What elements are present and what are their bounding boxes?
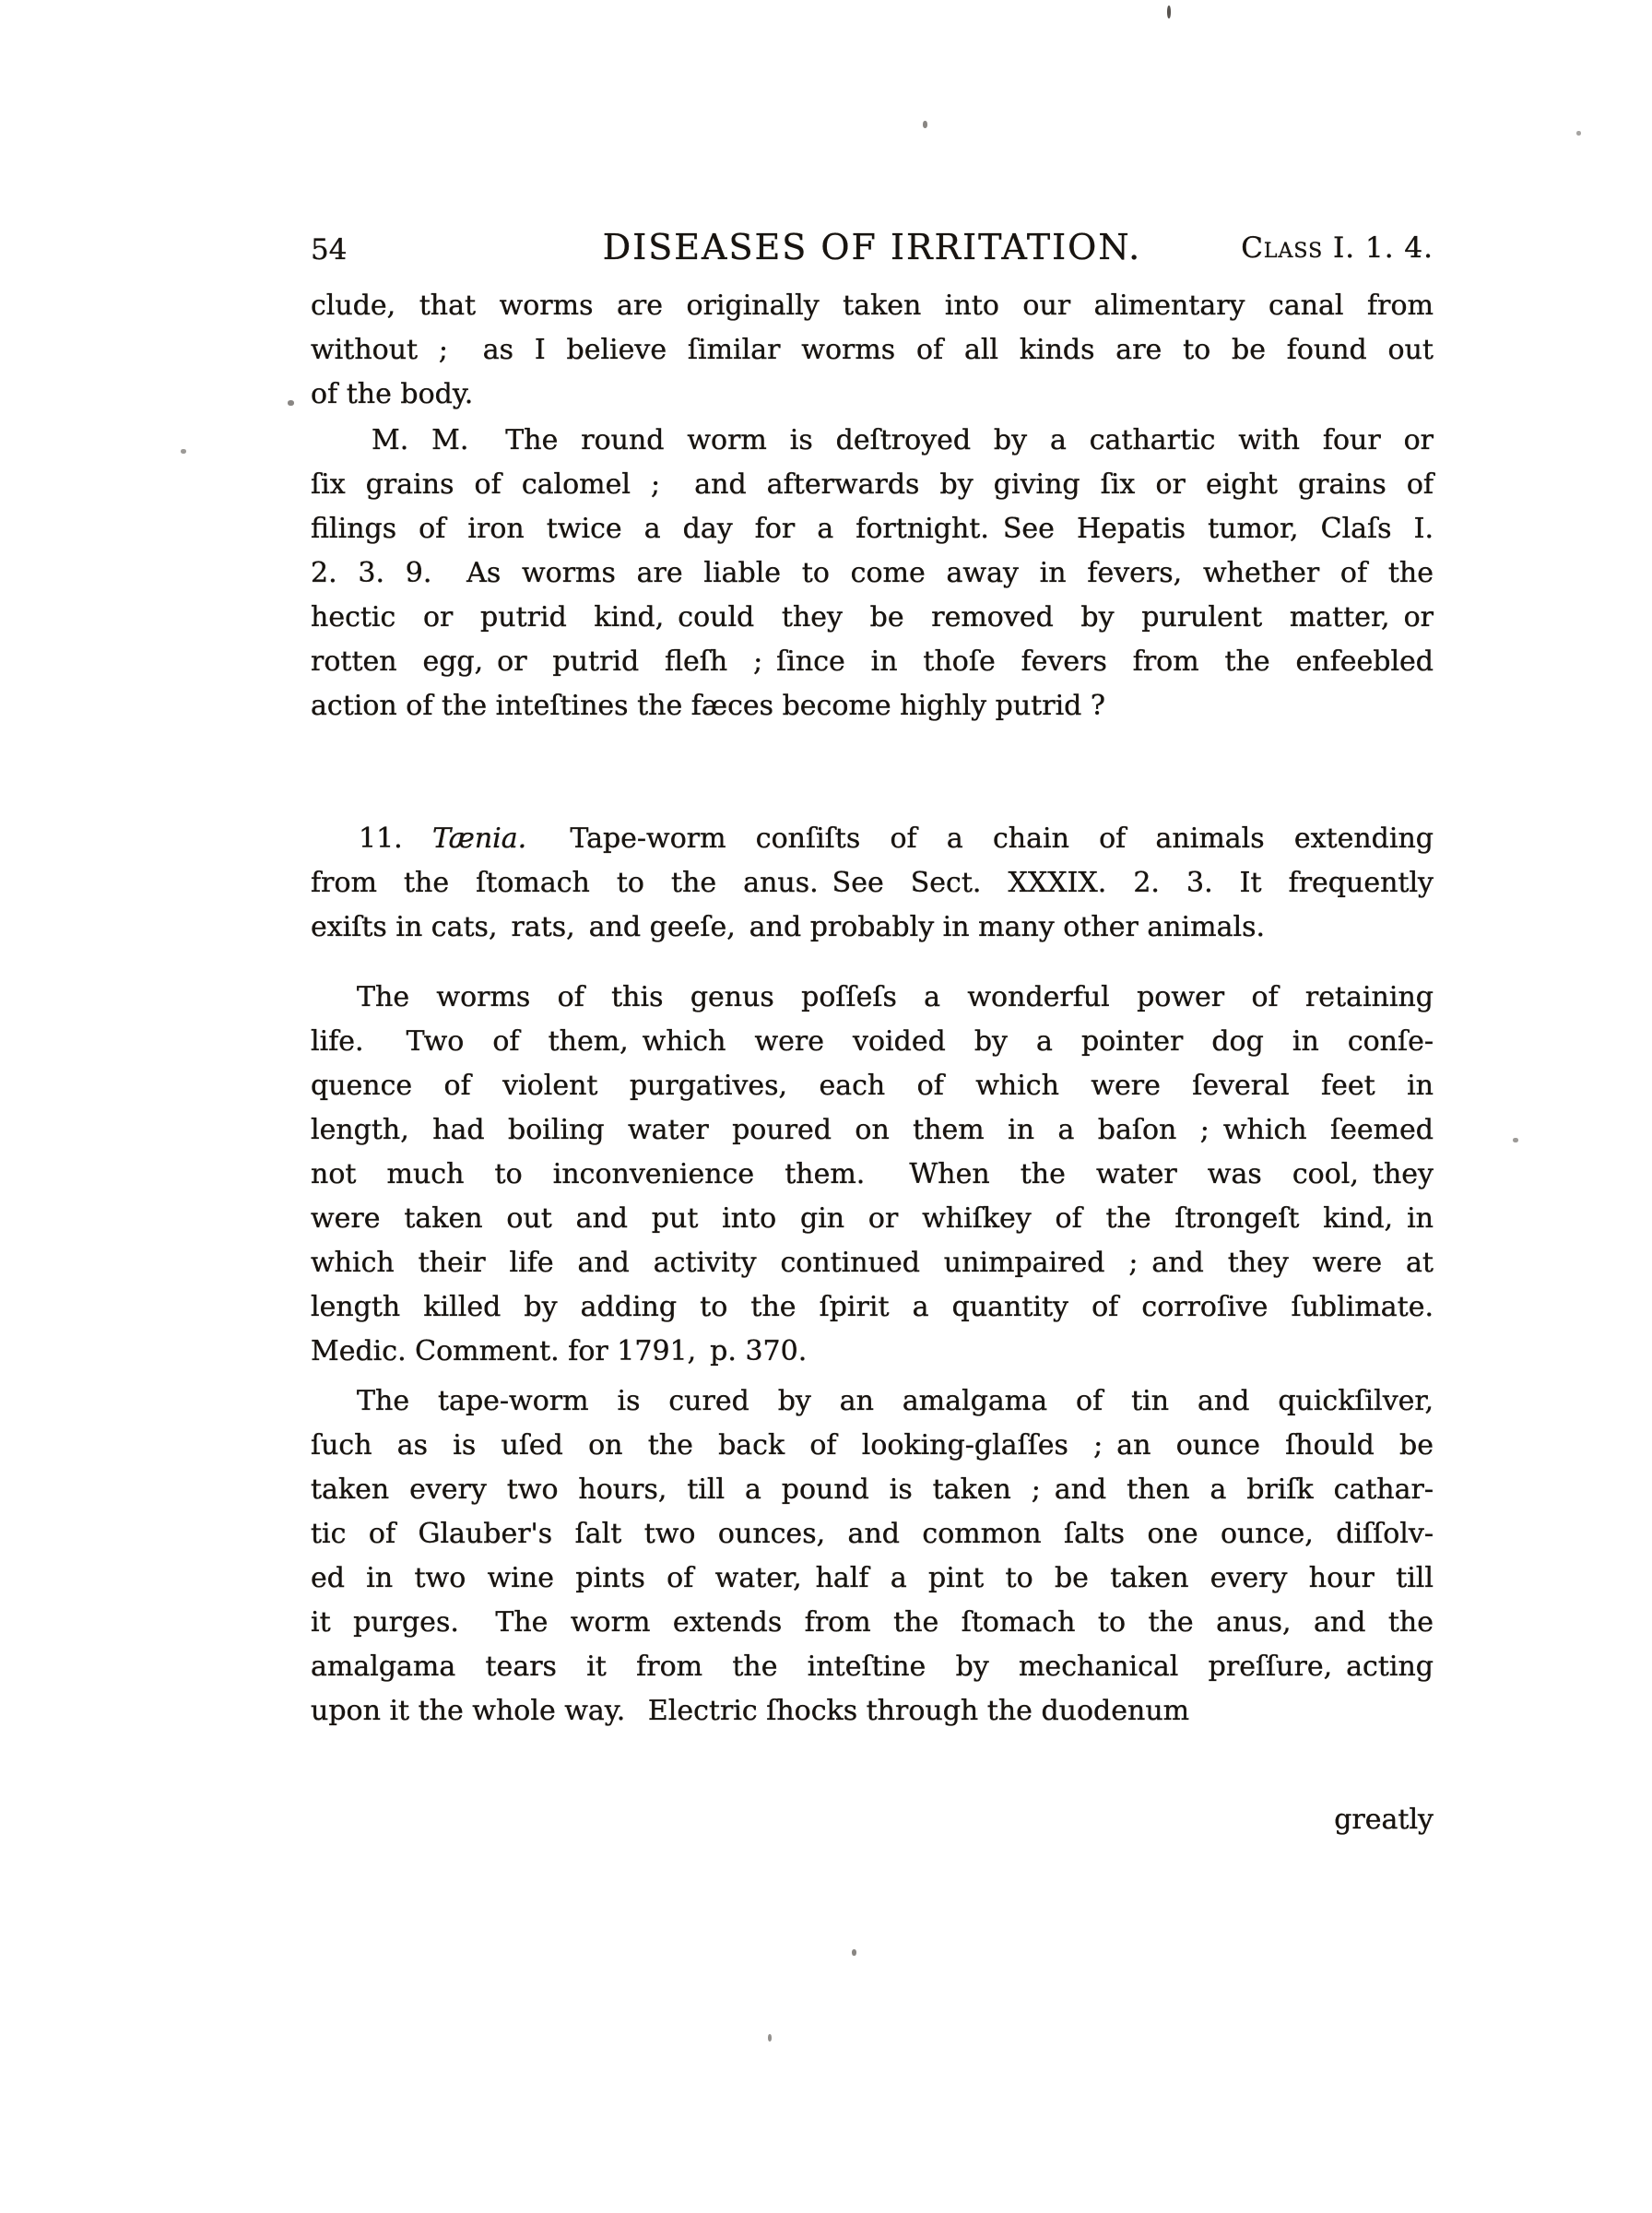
paragraphs-container: clude, that worms are originally taken i… [311,284,1434,1734]
scan-speck [923,121,927,128]
text-segment: 11. [359,822,432,855]
text-line: M. M. The round worm is deſtroyed by a c… [311,419,1434,463]
scan-speck [1513,1138,1518,1142]
text-line: The worms of this genus poſſeſs a wonder… [311,976,1434,1020]
catchword: greatly [311,1798,1434,1842]
class-reference: Class I. 1. 4. [1241,231,1434,265]
scan-speck [1167,6,1171,18]
text-line: length, had boiling water poured on them… [311,1108,1434,1153]
text-line: without ; as I believe ſimilar worms of … [311,328,1434,373]
text-line: of the body. [311,373,1434,417]
text-line: tic of Glauber's ſalt two ounces, and co… [311,1512,1434,1556]
paragraph-tapeworm-cure: The tape-worm is cured by an amalgama of… [311,1379,1434,1734]
text-line: filings of iron twice a day for a fortni… [311,507,1434,551]
paragraph-materia-medica: M. M. The round worm is deſtroyed by a c… [311,419,1434,728]
text-line: from the ſtomach to the anus. See Sect. … [311,861,1434,905]
species-name-italic: Tænia. [432,822,526,855]
text-line: exiſts in cats, rats, and geeſe, and pro… [311,905,1434,950]
text-line: which their life and activity continued … [311,1241,1434,1285]
scan-speck [768,2034,772,2041]
text-line: 11. Tænia. Tape-worm conſiſts of a chain… [311,817,1434,861]
text-line: quence of violent purgatives, each of wh… [311,1064,1434,1108]
text-line: it purges. The worm extends from the ſto… [311,1601,1434,1645]
text-line: action of the inteſtines the fæces becom… [311,684,1434,728]
scan-speck [852,1949,856,1956]
text-line: length killed by adding to the ſpirit a … [311,1285,1434,1330]
scan-speck [1576,131,1581,136]
text-line: The tape-worm is cured by an amalgama of… [311,1379,1434,1424]
body-text-block: clude, that worms are originally taken i… [311,284,1434,1842]
text-line: Medic. Comment. for 1791, p. 370. [311,1330,1434,1374]
paragraph-taenia: 11. Tænia. Tape-worm conſiſts of a chain… [311,817,1434,950]
text-line: ed in two wine pints of water, half a pi… [311,1556,1434,1601]
text-line: taken every two hours, till a pound is t… [311,1468,1434,1512]
text-line: ſuch as is uſed on the back of looking-g… [311,1424,1434,1468]
text-line: clude, that worms are originally taken i… [311,284,1434,328]
text-line: not much to inconvenience them. When the… [311,1153,1434,1197]
scan-speck [288,400,294,406]
text-line: ſix grains of calomel ; and afterwards b… [311,463,1434,507]
paragraph-continuation: clude, that worms are originally taken i… [311,284,1434,417]
text-line: upon it the whole way. Electric ſhocks t… [311,1689,1434,1734]
text-line: amalgama tears it from the inteſtine by … [311,1645,1434,1689]
text-line: 2. 3. 9. As worms are liable to come awa… [311,551,1434,596]
text-line: hectic or putrid kind, could they be rem… [311,596,1434,640]
paragraph-worm-vitality: The worms of this genus poſſeſs a wonder… [311,976,1434,1374]
running-head: 54 DISEASES OF IRRITATION. Class I. 1. 4… [311,225,1434,273]
book-page-scan: 54 DISEASES OF IRRITATION. Class I. 1. 4… [0,0,1652,2213]
text-line: were taken out and put into gin or whiſk… [311,1197,1434,1241]
text-line: life. Two of them, which were voided by … [311,1020,1434,1064]
text-line: rotten egg, or putrid fleſh ; ſince in t… [311,640,1434,684]
text-segment: Tape-worm conſiſts of a chain of animals… [526,822,1434,855]
scan-speck [181,449,186,454]
